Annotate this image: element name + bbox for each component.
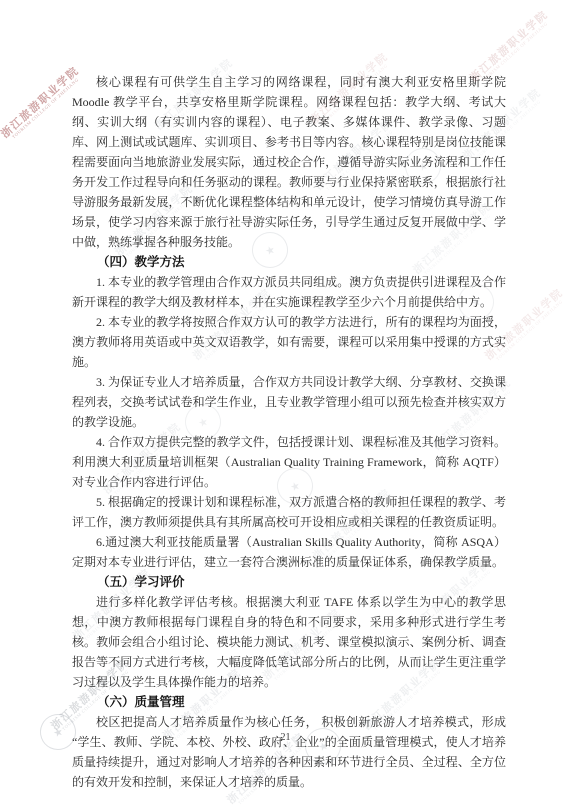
paragraph-core-courses: 核心课程有可供学生自主学习的网络课程，同时有澳大利亚安格里斯学院 Moodle … <box>72 72 506 252</box>
heading-quality-management: （六）质量管理 <box>72 692 506 712</box>
paragraph-teaching-item-2: 2. 本专业的教学将按照合作双方认可的教学方法进行，所有的课程均为面授，澳方教师… <box>72 312 506 372</box>
document-page: 核心课程有可供学生自主学习的网络课程，同时有澳大利亚安格里斯学院 Moodle … <box>0 0 571 808</box>
paragraph-learning-evaluation: 进行多样化教学评估考核。根据澳大利亚 TAFE 体系以学生为中心的教学思想，中澳… <box>72 592 506 692</box>
heading-teaching-methods: （四）教学方法 <box>72 252 506 272</box>
paragraph-teaching-item-6: 6.通过澳大利亚技能质量署（Australian Skills Quality … <box>72 532 506 572</box>
paragraph-teaching-item-3: 3. 为保证专业人才培养质量，合作双方共同设计教学大纲、分享教材、交换课程列表，… <box>72 372 506 432</box>
paragraph-teaching-item-1: 1. 本专业的教学管理由合作双方派员共同组成。澳方负责提供引进课程及合作新开课程… <box>72 272 506 312</box>
paragraph-teaching-item-4: 4. 合作双方提供完整的教学文件，包括授课计划、课程标准及其他学习资料。利用澳大… <box>72 432 506 492</box>
heading-learning-evaluation: （五）学习评价 <box>72 572 506 592</box>
page-number: 21 <box>0 732 571 743</box>
document-body: 核心课程有可供学生自主学习的网络课程，同时有澳大利亚安格里斯学院 Moodle … <box>72 72 506 792</box>
paragraph-teaching-item-5: 5. 根据确定的授课计划和课程标准，双方派遣合格的教师担任课程的教学、考评工作，… <box>72 492 506 532</box>
paragraph-quality-management: 校区把提高人才培养质量作为核心任务， 积极创新旅游人才培养模式，形成“学生、教师… <box>72 712 506 792</box>
